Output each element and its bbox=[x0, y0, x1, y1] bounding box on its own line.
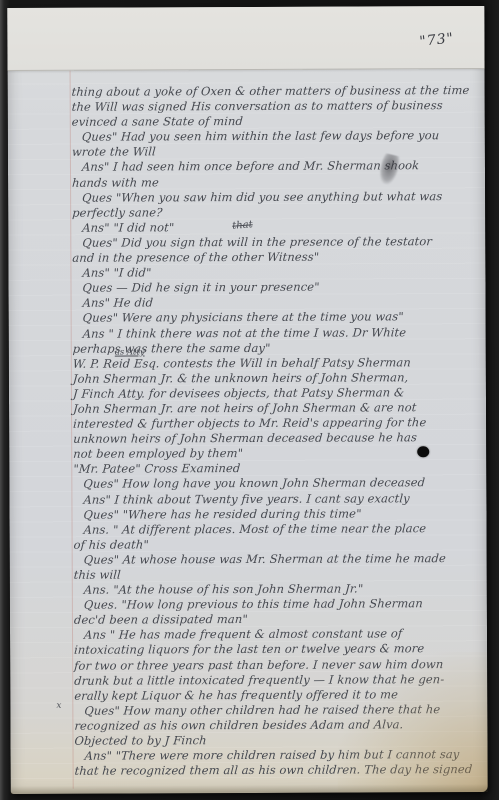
aged-corner-stain bbox=[337, 652, 488, 793]
handwritten-line: Ans" I had seen him once before and Mr. … bbox=[71, 158, 477, 175]
photographed-document-frame: "73" thing about a yoke of Oxen & other … bbox=[0, 0, 499, 800]
handwritten-line: perfectly sane? bbox=[72, 204, 478, 221]
handwritten-line: Ques" Were any physicians there at the t… bbox=[72, 309, 478, 326]
handwritten-line: Ques "When you saw him did you see anyth… bbox=[72, 189, 478, 206]
margin-x-mark: x bbox=[56, 701, 61, 711]
handwritten-line: Ans. " At different places. Most of the … bbox=[73, 521, 479, 538]
interlinear-insertion: as Atty bbox=[115, 347, 145, 357]
handwritten-line: Ques" At whose house was Mr. Sherman at … bbox=[73, 551, 479, 568]
handwritten-line: Ans " I think there was not at the time … bbox=[72, 324, 478, 341]
manuscript-page: "73" thing about a yoke of Oxen & other … bbox=[7, 6, 487, 794]
handwritten-line: Ques" "Where has he resided during this … bbox=[73, 506, 479, 523]
handwritten-line: Ans" "I did not" bbox=[72, 219, 478, 236]
hole-punch-dot bbox=[417, 446, 429, 457]
handwritten-line: of his death" bbox=[73, 536, 479, 553]
handwritten-line: Ques" How long have you known John Sherm… bbox=[73, 475, 479, 492]
page-top-edge-strip bbox=[7, 6, 484, 71]
handwritten-line: J Finch Atty. for devisees objects, that… bbox=[72, 385, 478, 402]
struck-out-insertion: that bbox=[232, 219, 253, 231]
bottom-edge-shadow bbox=[11, 784, 488, 794]
handwritten-line: John Sherman Jr. & the unknown heirs of … bbox=[72, 370, 478, 387]
handwritten-line: hands with me bbox=[72, 174, 478, 191]
handwritten-line: Ans" I think about Twenty five years. I … bbox=[73, 491, 479, 508]
